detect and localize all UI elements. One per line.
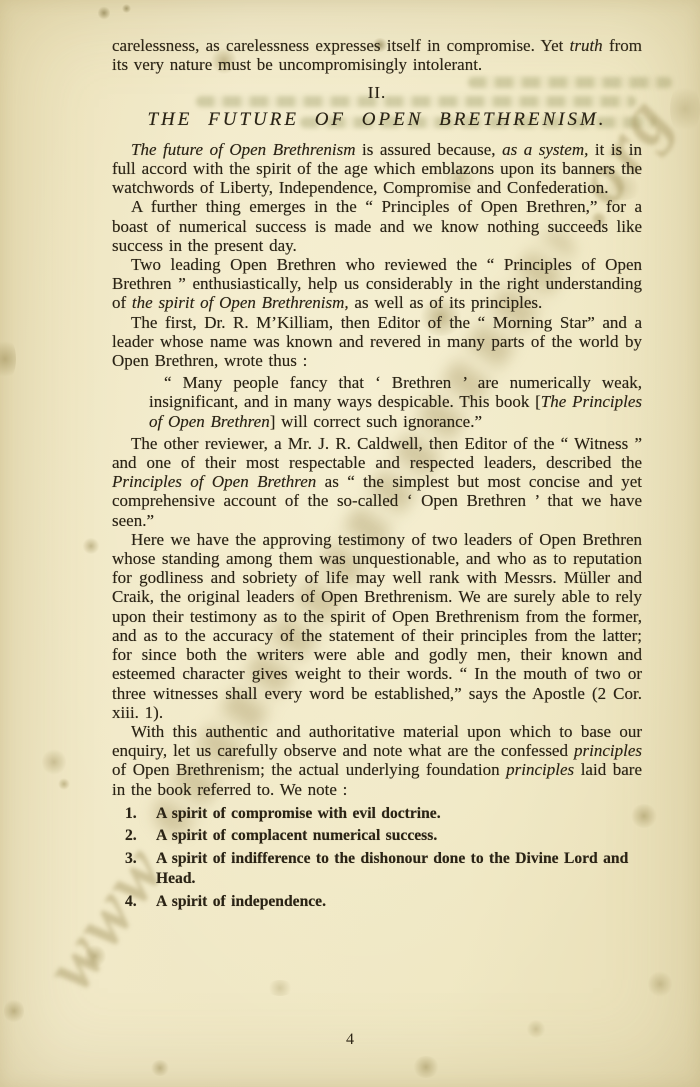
stain bbox=[670, 82, 700, 136]
stain bbox=[266, 980, 294, 996]
stain bbox=[122, 4, 131, 13]
page-number: 4 bbox=[0, 1031, 700, 1049]
book-page: www .org carelessness, as carelessness e… bbox=[0, 0, 700, 1087]
list-item-text: A spirit of indifference to the dishonou… bbox=[156, 849, 642, 890]
paragraph: With this authentic and authoritative ma… bbox=[112, 722, 642, 799]
stain bbox=[58, 778, 70, 790]
stain bbox=[98, 6, 110, 20]
list-item-text: A spirit of compromise with evil doctrin… bbox=[156, 804, 642, 825]
section-title: THE FUTURE OF OPEN BRETHRENISM. bbox=[112, 110, 642, 129]
list-item-text: A spirit of independence. bbox=[156, 892, 642, 913]
paragraph: The future of Open Brethrenism is assure… bbox=[112, 140, 642, 198]
list-item-number: 1. bbox=[125, 804, 156, 825]
list-item-number: 3. bbox=[125, 849, 156, 890]
stain bbox=[412, 1056, 440, 1078]
principles-list: 1. A spirit of compromise with evil doct… bbox=[125, 804, 642, 913]
paragraph: Here we have the approving testimony of … bbox=[112, 530, 642, 722]
block-quote: “ Many people fancy that ‘ Brethren ’ ar… bbox=[149, 373, 642, 431]
stain bbox=[42, 748, 66, 776]
stain bbox=[4, 998, 24, 1024]
paragraph: The first, Dr. R. M’Killiam, then Editor… bbox=[112, 313, 642, 371]
stain bbox=[0, 336, 16, 382]
paragraph: Two leading Open Brethren who reviewed t… bbox=[112, 255, 642, 313]
paragraph: A further thing emerges in the “ Princip… bbox=[112, 197, 642, 255]
stain bbox=[648, 970, 672, 998]
list-item: 1. A spirit of compromise with evil doct… bbox=[125, 804, 642, 825]
stain bbox=[84, 944, 106, 968]
list-item: 3. A spirit of indifference to the disho… bbox=[125, 849, 642, 890]
stain bbox=[82, 538, 100, 554]
list-item-number: 4. bbox=[125, 892, 156, 913]
list-item: 4. A spirit of independence. bbox=[125, 892, 642, 913]
stain bbox=[150, 1060, 170, 1076]
opening-paragraph: carelessness, as carelessness expresses … bbox=[112, 36, 642, 74]
paragraph: The other reviewer, a Mr. J. R. Caldwell… bbox=[112, 434, 642, 530]
list-item-text: A spirit of complacent numerical success… bbox=[156, 826, 642, 847]
section-number: II. bbox=[112, 83, 642, 102]
list-item-number: 2. bbox=[125, 826, 156, 847]
list-item: 2. A spirit of complacent numerical succ… bbox=[125, 826, 642, 847]
page-text: carelessness, as carelessness expresses … bbox=[112, 36, 642, 914]
